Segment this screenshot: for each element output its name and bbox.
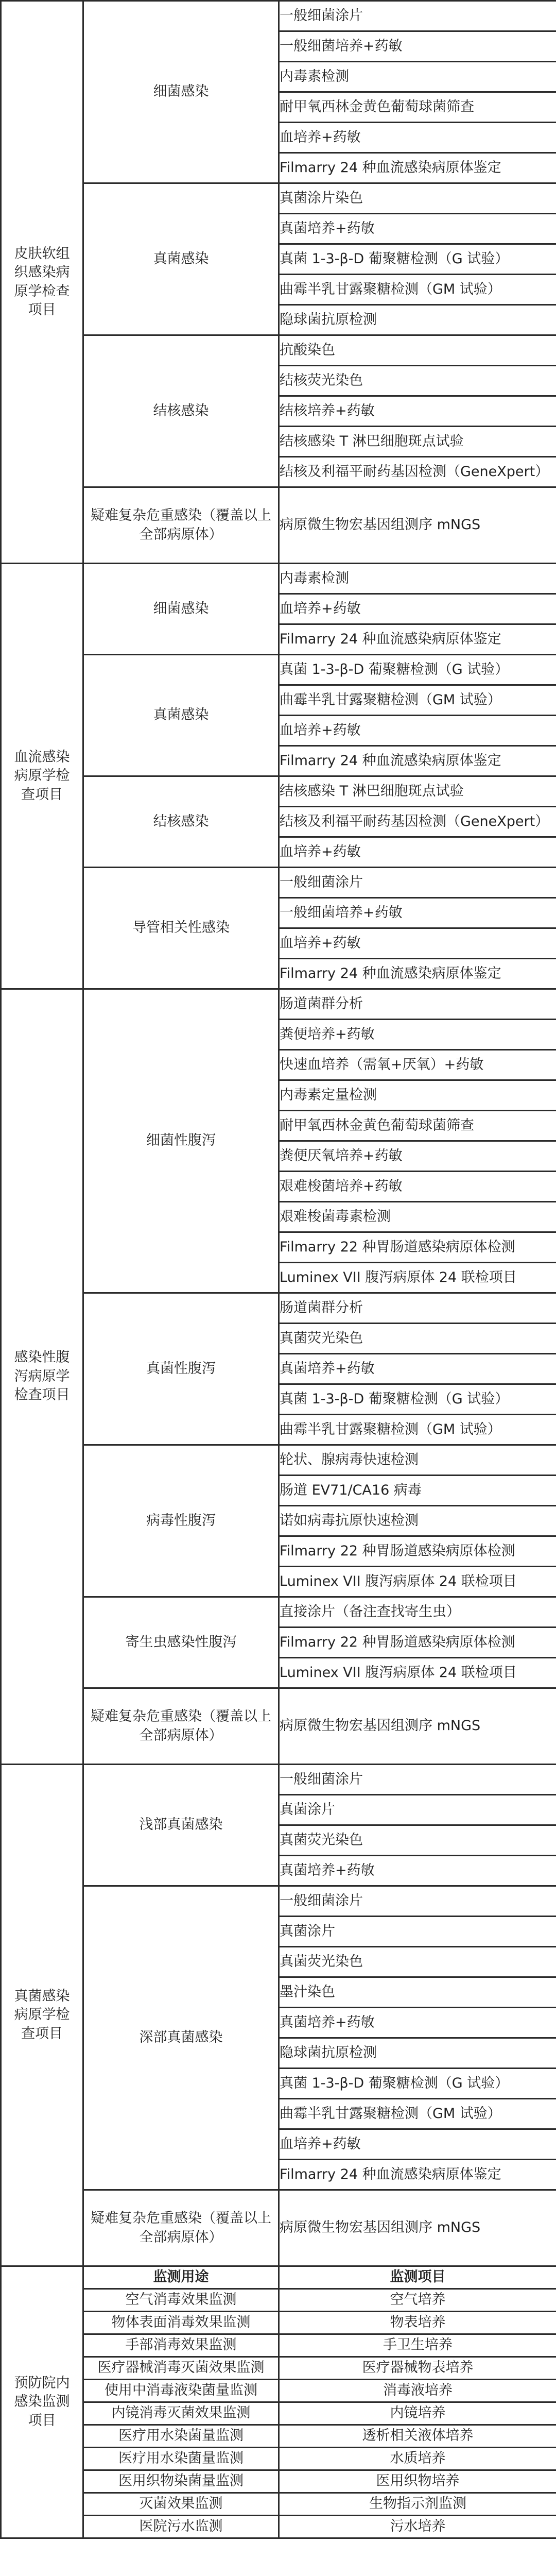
- test-item-cell: 真菌 1-3-β-D 葡聚糖检测（G 试验）: [279, 655, 556, 685]
- category-cell: 细菌感染: [83, 1, 279, 183]
- section-title: 感染性腹泻病原学检查项目: [9, 1348, 76, 1404]
- monitoring-row: 医疗器械消毒灭菌效果监测医疗器械物表培养: [1, 2357, 556, 2380]
- test-item-cell: 曲霉半乳甘露聚糖检测（GM 试验）: [279, 275, 556, 305]
- monitoring-row: 空气消毒效果监测空气培养: [1, 2289, 556, 2312]
- section-title-cell: 感染性腹泻病原学检查项目: [1, 989, 83, 1765]
- test-item-cell: 一般细菌涂片: [279, 1, 556, 31]
- category-cell: 寄生虫感染性腹泻: [83, 1597, 279, 1688]
- section-title-cell: 皮肤软组织感染病原学检查项目: [1, 1, 83, 564]
- test-item-cell: Luminex VII 腹泻病原体 24 联检项目: [279, 1263, 556, 1293]
- test-item-cell: 内毒素定量检测: [279, 1080, 556, 1111]
- monitoring-purpose-cell: 内镜消毒灭菌效果监测: [83, 2402, 279, 2425]
- test-item-cell: 曲霉半乳甘露聚糖检测（GM 试验）: [279, 685, 556, 716]
- table-row: 真菌感染真菌 1-3-β-D 葡聚糖检测（G 试验）: [1, 655, 556, 685]
- test-item-cell: Filmarry 24 种血流感染病原体鉴定: [279, 624, 556, 655]
- section-title-cell: 预防院内感染监测项目: [1, 2266, 83, 2538]
- test-item-cell: Filmarry 22 种胃肠道感染病原体检测: [279, 1628, 556, 1658]
- test-item-cell: 血培养+药敏: [279, 716, 556, 746]
- monitoring-purpose-cell: 医疗用水染菌量监测: [83, 2448, 279, 2470]
- test-item-cell: 结核感染 T 淋巴细胞斑点试验: [279, 776, 556, 807]
- test-item-cell: 粪便培养+药敏: [279, 1020, 556, 1050]
- table-row: 疑难复杂危重感染（覆盖以上全部病原体）病原微生物宏基因组测序 mNGS: [1, 2190, 556, 2266]
- monitoring-purpose-cell: 手部消毒效果监测: [83, 2334, 279, 2357]
- test-item-cell: 墨汁染色: [279, 1977, 556, 2008]
- table-row: 导管相关性感染一般细菌涂片: [1, 868, 556, 898]
- test-item-cell: 隐球菌抗原检测: [279, 2038, 556, 2069]
- monitoring-purpose-cell: 物体表面消毒效果监测: [83, 2312, 279, 2334]
- test-item-cell: 真菌涂片: [279, 1795, 556, 1825]
- test-item-cell: Filmarry 22 种胃肠道感染病原体检测: [279, 1536, 556, 1567]
- test-item-cell: 真菌培养+药敏: [279, 214, 556, 244]
- table-row: 感染性腹泻病原学检查项目细菌性腹泻肠道菌群分析: [1, 989, 556, 1020]
- test-item-cell: 耐甲氧西林金黄色葡萄球菌筛查: [279, 1111, 556, 1141]
- monitoring-purpose-cell: 灭菌效果监测: [83, 2493, 279, 2516]
- monitoring-item-cell: 物表培养: [279, 2312, 556, 2334]
- monitoring-item-cell: 空气培养: [279, 2289, 556, 2312]
- test-item-cell: 血培养+药敏: [279, 837, 556, 868]
- test-item-cell: 艰难梭菌培养+药敏: [279, 1172, 556, 1202]
- test-item-cell: 结核感染 T 淋巴细胞斑点试验: [279, 427, 556, 457]
- test-item-cell: 血培养+药敏: [279, 2129, 556, 2160]
- pathogen-test-table: 皮肤软组织感染病原学检查项目细菌感染一般细菌涂片一般细菌培养+药敏内毒素检测耐甲…: [0, 0, 556, 2539]
- monitoring-item-cell: 消毒液培养: [279, 2380, 556, 2402]
- test-item-cell: 肠道菌群分析: [279, 1293, 556, 1324]
- category-cell: 浅部真菌感染: [83, 1765, 279, 1886]
- section-title: 预防院内感染监测项目: [9, 2374, 76, 2430]
- table-row: 结核感染结核感染 T 淋巴细胞斑点试验: [1, 776, 556, 807]
- monitoring-row: 医疗用水染菌量监测水质培养: [1, 2448, 556, 2470]
- category-cell: 导管相关性感染: [83, 868, 279, 989]
- test-item-cell: 血培养+药敏: [279, 123, 556, 153]
- test-item-cell: 直接涂片（备注查找寄生虫）: [279, 1597, 556, 1628]
- test-item-cell: 耐甲氧西林金黄色葡萄球菌筛查: [279, 92, 556, 123]
- test-item-cell: 一般细菌培养+药敏: [279, 898, 556, 928]
- monitoring-item-cell: 透析相关液体培养: [279, 2425, 556, 2448]
- category-cell: 真菌感染: [83, 655, 279, 776]
- monitoring-row: 医院污水监测污水培养: [1, 2516, 556, 2538]
- test-item-cell: 一般细菌涂片: [279, 1765, 556, 1795]
- test-item-cell: Filmarry 24 种血流感染病原体鉴定: [279, 959, 556, 989]
- test-item-cell: 艰难梭菌毒素检测: [279, 1202, 556, 1232]
- table-row: 寄生虫感染性腹泻直接涂片（备注查找寄生虫）: [1, 1597, 556, 1628]
- column-header-item: 监测项目: [279, 2266, 556, 2289]
- test-item-cell: 真菌 1-3-β-D 葡聚糖检测（G 试验）: [279, 244, 556, 275]
- monitoring-purpose-cell: 医用织物染菌量监测: [83, 2470, 279, 2493]
- category-cell: 细菌感染: [83, 564, 279, 655]
- test-item-cell: 轮状、腺病毒快速检测: [279, 1445, 556, 1476]
- category-cell: 疑难复杂危重感染（覆盖以上全部病原体）: [83, 487, 279, 564]
- category-cell: 疑难复杂危重感染（覆盖以上全部病原体）: [83, 2190, 279, 2266]
- monitoring-header-row: 预防院内感染监测项目监测用途监测项目: [1, 2266, 556, 2289]
- test-item-cell: Luminex VII 腹泻病原体 24 联检项目: [279, 1658, 556, 1688]
- table-row: 真菌感染真菌涂片染色: [1, 183, 556, 214]
- monitoring-purpose-cell: 空气消毒效果监测: [83, 2289, 279, 2312]
- section-title-cell: 血流感染病原学检查项目: [1, 564, 83, 989]
- section-title: 皮肤软组织感染病原学检查项目: [9, 245, 76, 320]
- test-item-cell: 结核及利福平耐药基因检测（GeneXpert）: [279, 807, 556, 837]
- test-item-cell: 真菌培养+药敏: [279, 2008, 556, 2038]
- table-row: 真菌性腹泻肠道菌群分析: [1, 1293, 556, 1324]
- monitoring-purpose-cell: 医疗器械消毒灭菌效果监测: [83, 2357, 279, 2380]
- category-cell: 疑难复杂危重感染（覆盖以上全部病原体）: [83, 1688, 279, 1765]
- section-title-cell: 真菌感染病原学检查项目: [1, 1765, 83, 2266]
- monitoring-purpose-cell: 医院污水监测: [83, 2516, 279, 2538]
- test-item-cell: 诺如病毒抗原快速检测: [279, 1506, 556, 1536]
- test-item-cell: 一般细菌培养+药敏: [279, 31, 556, 62]
- monitoring-item-cell: 内镜培养: [279, 2402, 556, 2425]
- monitoring-item-cell: 污水培养: [279, 2516, 556, 2538]
- test-item-cell: 真菌涂片: [279, 1917, 556, 1947]
- test-item-cell: 一般细菌涂片: [279, 1886, 556, 1917]
- monitoring-purpose-cell: 使用中消毒液染菌量监测: [83, 2380, 279, 2402]
- test-item-cell: 抗酸染色: [279, 335, 556, 366]
- test-item-cell: 隐球菌抗原检测: [279, 305, 556, 335]
- test-item-cell: 病原微生物宏基因组测序 mNGS: [279, 1688, 556, 1765]
- table-body: 皮肤软组织感染病原学检查项目细菌感染一般细菌涂片一般细菌培养+药敏内毒素检测耐甲…: [1, 1, 556, 2538]
- monitoring-item-cell: 生物指示剂监测: [279, 2493, 556, 2516]
- test-item-cell: 真菌荧光染色: [279, 1947, 556, 1977]
- test-item-cell: Filmarry 24 种血流感染病原体鉴定: [279, 746, 556, 776]
- test-item-cell: 血培养+药敏: [279, 928, 556, 959]
- test-item-cell: 快速血培养（需氧+厌氧）+药敏: [279, 1050, 556, 1080]
- category-cell: 病毒性腹泻: [83, 1445, 279, 1597]
- table-row: 真菌感染病原学检查项目浅部真菌感染一般细菌涂片: [1, 1765, 556, 1795]
- test-item-cell: 病原微生物宏基因组测序 mNGS: [279, 2190, 556, 2266]
- monitoring-row: 手部消毒效果监测手卫生培养: [1, 2334, 556, 2357]
- test-item-cell: Filmarry 24 种血流感染病原体鉴定: [279, 153, 556, 183]
- table-row: 病毒性腹泻轮状、腺病毒快速检测: [1, 1445, 556, 1476]
- column-header-purpose: 监测用途: [83, 2266, 279, 2289]
- test-item-cell: 一般细菌涂片: [279, 868, 556, 898]
- test-item-cell: 内毒素检测: [279, 62, 556, 92]
- test-item-cell: 真菌荧光染色: [279, 1324, 556, 1354]
- monitoring-item-cell: 医用织物培养: [279, 2470, 556, 2493]
- category-cell: 结核感染: [83, 335, 279, 487]
- monitoring-row: 使用中消毒液染菌量监测消毒液培养: [1, 2380, 556, 2402]
- section-title: 真菌感染病原学检查项目: [9, 1987, 76, 2043]
- test-item-cell: 曲霉半乳甘露聚糖检测（GM 试验）: [279, 2099, 556, 2129]
- test-item-cell: 曲霉半乳甘露聚糖检测（GM 试验）: [279, 1415, 556, 1445]
- table-row: 疑难复杂危重感染（覆盖以上全部病原体）病原微生物宏基因组测序 mNGS: [1, 1688, 556, 1765]
- test-item-cell: 真菌荧光染色: [279, 1825, 556, 1856]
- test-item-cell: Filmarry 24 种血流感染病原体鉴定: [279, 2160, 556, 2190]
- test-item-cell: 粪便厌氧培养+药敏: [279, 1141, 556, 1172]
- test-item-cell: 真菌涂片染色: [279, 183, 556, 214]
- monitoring-item-cell: 医疗器械物表培养: [279, 2357, 556, 2380]
- category-cell: 真菌感染: [83, 183, 279, 335]
- category-cell: 细菌性腹泻: [83, 989, 279, 1293]
- test-item-cell: 结核培养+药敏: [279, 396, 556, 427]
- category-cell: 结核感染: [83, 776, 279, 868]
- category-cell: 深部真菌感染: [83, 1886, 279, 2190]
- section-title: 血流感染病原学检查项目: [9, 748, 76, 804]
- test-item-cell: 肠道菌群分析: [279, 989, 556, 1020]
- test-item-cell: Luminex VII 腹泻病原体 24 联检项目: [279, 1567, 556, 1597]
- table-row: 疑难复杂危重感染（覆盖以上全部病原体）病原微生物宏基因组测序 mNGS: [1, 487, 556, 564]
- monitoring-item-cell: 手卫生培养: [279, 2334, 556, 2357]
- test-item-cell: Filmarry 22 种胃肠道感染病原体检测: [279, 1232, 556, 1263]
- table-row: 深部真菌感染一般细菌涂片: [1, 1886, 556, 1917]
- test-item-cell: 病原微生物宏基因组测序 mNGS: [279, 487, 556, 564]
- test-item-cell: 真菌 1-3-β-D 葡聚糖检测（G 试验）: [279, 2069, 556, 2099]
- table-row: 结核感染抗酸染色: [1, 335, 556, 366]
- monitoring-row: 物体表面消毒效果监测物表培养: [1, 2312, 556, 2334]
- monitoring-row: 医疗用水染菌量监测透析相关液体培养: [1, 2425, 556, 2448]
- monitoring-item-cell: 水质培养: [279, 2448, 556, 2470]
- test-item-cell: 血培养+药敏: [279, 594, 556, 624]
- monitoring-row: 内镜消毒灭菌效果监测内镜培养: [1, 2402, 556, 2425]
- monitoring-row: 医用织物染菌量监测医用织物培养: [1, 2470, 556, 2493]
- test-item-cell: 真菌培养+药敏: [279, 1354, 556, 1384]
- monitoring-row: 灭菌效果监测生物指示剂监测: [1, 2493, 556, 2516]
- test-item-cell: 结核荧光染色: [279, 366, 556, 396]
- test-item-cell: 结核及利福平耐药基因检测（GeneXpert）: [279, 457, 556, 487]
- table-row: 血流感染病原学检查项目细菌感染内毒素检测: [1, 564, 556, 594]
- monitoring-purpose-cell: 医疗用水染菌量监测: [83, 2425, 279, 2448]
- test-item-cell: 肠道 EV71/CA16 病毒: [279, 1476, 556, 1506]
- test-item-cell: 真菌培养+药敏: [279, 1856, 556, 1886]
- test-item-cell: 内毒素检测: [279, 564, 556, 594]
- table-row: 皮肤软组织感染病原学检查项目细菌感染一般细菌涂片: [1, 1, 556, 31]
- category-cell: 真菌性腹泻: [83, 1293, 279, 1445]
- test-item-cell: 真菌 1-3-β-D 葡聚糖检测（G 试验）: [279, 1384, 556, 1415]
